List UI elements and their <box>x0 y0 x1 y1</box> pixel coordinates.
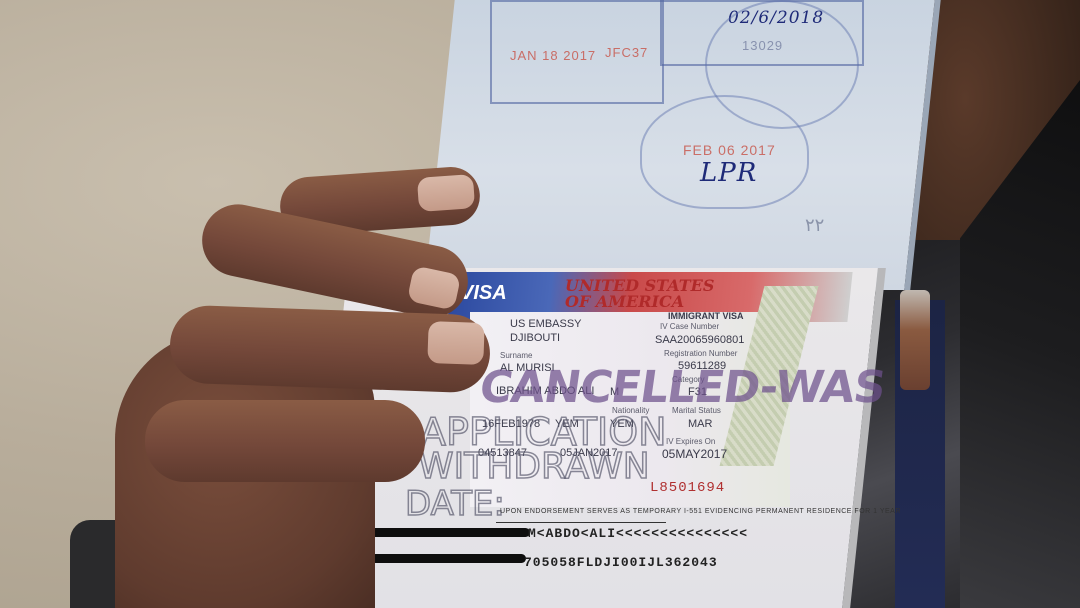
little-finger <box>145 400 425 482</box>
zipper-pull <box>900 290 930 390</box>
visa-type: IMMIGRANT VISA <box>668 311 744 321</box>
entry-stamp-date: FEB 06 2017 <box>683 142 776 158</box>
mrz-line-2: 705058FLDJI00IJL362043 <box>524 555 718 570</box>
stamp-code-1: JFC37 <box>605 45 648 60</box>
expires-on: 05MAY2017 <box>662 447 727 461</box>
page-number: ٢٢ <box>805 215 824 236</box>
issuing-post-1: US EMBASSY <box>510 318 582 330</box>
registration-label: Registration Number <box>664 349 737 358</box>
visa-control-number: L8501694 <box>650 480 725 496</box>
handwritten-lpr: LPR <box>700 158 757 188</box>
mrz-line-1: M<ABDO<ALI<<<<<<<<<<<<<<< <box>528 526 748 541</box>
visa-annotation: UPON ENDORSEMENT SERVES AS TEMPORARY I-5… <box>500 508 901 515</box>
case-number: SAA2006596080​1 <box>655 334 744 346</box>
issuing-post-2: DJIBOUTI <box>510 332 560 344</box>
case-number-label: IV Case Number <box>660 322 719 331</box>
cancel-stamp-line-4: DATE: <box>405 484 505 524</box>
expires-label: IV Expires On <box>666 437 715 446</box>
surname-label: Surname <box>500 351 532 360</box>
index-fingernail <box>417 174 475 212</box>
cancel-stamp-line-3: WITHDRAWN <box>418 446 650 487</box>
cancel-stamp-line-1: CANCELLED-WAS <box>476 362 888 413</box>
ring-fingernail <box>427 321 484 365</box>
marital-status: MAR <box>688 418 712 430</box>
country-line-2: OF AMERICA <box>565 294 714 310</box>
stamp-date-1: JAN 18 2017 <box>510 48 596 63</box>
photo-scene: JAN 18 2017 JFC37 02/6/2018 13029 FEB 06… <box>0 0 1080 608</box>
country-label: UNITED STATES OF AMERICA <box>565 278 714 310</box>
annotation-rule <box>496 522 666 523</box>
